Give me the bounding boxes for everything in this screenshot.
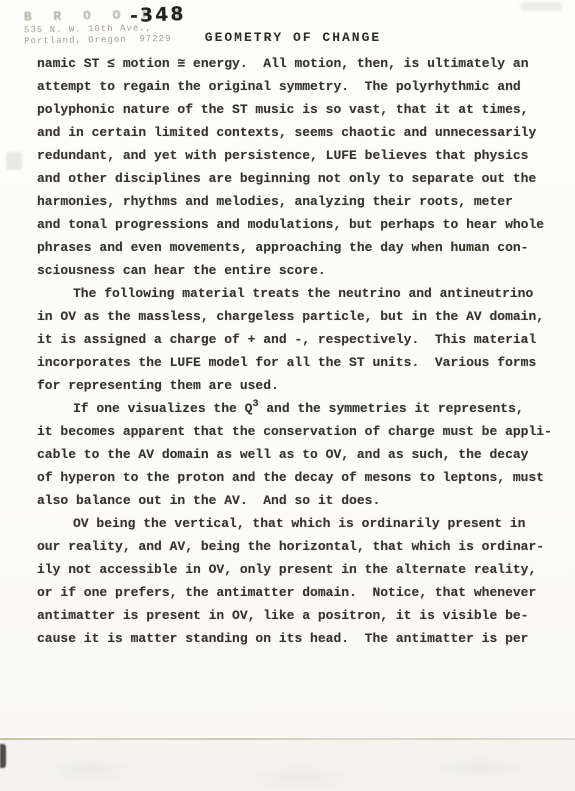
text-line: polyphonic nature of the ST music is so … — [37, 98, 553, 121]
text-segment: cable to the AV domain as well as to OV,… — [37, 447, 528, 462]
text-line: The following material treats the neutri… — [37, 282, 553, 305]
text-line: namic ST ≤ motion ≅ energy. All motion, … — [37, 52, 553, 75]
text-line: harmonies, rhythms and melodies, analyzi… — [37, 190, 553, 213]
text-line: redundant, and yet with persistence, LUF… — [37, 144, 553, 167]
text-line: in OV as the massless, chargeless partic… — [37, 305, 553, 328]
text-segment: sciousness can hear the entire score. — [37, 263, 326, 278]
text-line: or if one prefers, the antimatter domain… — [37, 581, 553, 604]
text-segment: The following material treats the neutri… — [73, 286, 533, 301]
text-segment: for representing them are used. — [37, 378, 279, 393]
text-segment: and other disciplines are beginning not … — [37, 171, 536, 186]
text-line: incorporates the LUFE model for all the … — [37, 351, 553, 374]
text-segment: namic ST ≤ motion ≅ energy. All motion, … — [37, 56, 529, 71]
scan-artifact-mark — [0, 744, 6, 768]
text-line: ily not accessible in OV, only present i… — [37, 558, 553, 581]
text-line: and tonal progressions and modulations, … — [37, 213, 553, 236]
text-segment: also balance out in the AV. And so it do… — [37, 493, 380, 508]
text-line: sciousness can hear the entire score. — [37, 259, 553, 282]
text-segment: of hyperon to the proton and the decay o… — [37, 470, 544, 485]
text-segment: phrases and even movements, approaching … — [37, 240, 528, 255]
text-segment: it is assigned a charge of + and -, resp… — [37, 332, 536, 347]
text-segment: and the symmetries it represents, — [258, 401, 523, 416]
text-segment: If one visualizes the Q — [73, 401, 252, 416]
text-segment: and in certain limited contexts, seems c… — [37, 125, 536, 140]
text-segment: it becomes apparent that the conservatio… — [37, 424, 552, 439]
text-segment: ily not accessible in OV, only present i… — [37, 562, 536, 577]
text-line: cable to the AV domain as well as to OV,… — [37, 443, 553, 466]
text-line: and other disciplines are beginning not … — [37, 167, 553, 190]
document-body: namic ST ≤ motion ≅ energy. All motion, … — [37, 52, 553, 650]
text-line: antimatter is present in OV, like a posi… — [37, 604, 553, 627]
text-line: for representing them are used. — [37, 374, 553, 397]
text-segment: redundant, and yet with persistence, LUF… — [37, 148, 528, 163]
text-line: attempt to regain the original symmetry.… — [37, 75, 553, 98]
text-segment: attempt to regain the original symmetry.… — [37, 79, 521, 94]
text-segment: incorporates the LUFE model for all the … — [37, 355, 536, 370]
text-line: it becomes apparent that the conservatio… — [37, 420, 553, 443]
text-segment: our reality, and AV, being the horizonta… — [37, 539, 544, 554]
handwritten-page-number: -348 — [130, 3, 186, 27]
text-line: our reality, and AV, being the horizonta… — [37, 535, 553, 558]
scan-smudge-left — [6, 152, 22, 170]
text-segment: in OV as the massless, chargeless partic… — [37, 309, 544, 324]
text-segment: cause it is matter standing on its head.… — [37, 631, 528, 646]
scan-smudge-top-right — [520, 2, 562, 11]
text-line: of hyperon to the proton and the decay o… — [37, 466, 553, 489]
text-line: and in certain limited contexts, seems c… — [37, 121, 553, 144]
scanner-background-strip — [0, 740, 575, 791]
text-segment: OV being the vertical, that which is ord… — [73, 516, 525, 531]
text-line: OV being the vertical, that which is ord… — [37, 512, 553, 535]
text-segment: antimatter is present in OV, like a posi… — [37, 608, 528, 623]
text-segment: or if one prefers, the antimatter domain… — [37, 585, 536, 600]
text-segment: harmonies, rhythms and melodies, analyzi… — [37, 194, 513, 209]
text-segment: polyphonic nature of the ST music is so … — [37, 102, 528, 117]
text-line: cause it is matter standing on its head.… — [37, 627, 553, 650]
superscript-exponent: 3 — [252, 399, 258, 410]
text-line: it is assigned a charge of + and -, resp… — [37, 328, 553, 351]
scanned-page: B R O O K S 535 N. W. 10th Ave., Portlan… — [0, 0, 575, 739]
text-line: phrases and even movements, approaching … — [37, 236, 553, 259]
text-line: also balance out in the AV. And so it do… — [37, 489, 553, 512]
page-title: GEOMETRY OF CHANGE — [37, 30, 549, 45]
text-segment: and tonal progressions and modulations, … — [37, 217, 544, 232]
text-line: If one visualizes the Q3 and the symmetr… — [37, 397, 553, 420]
